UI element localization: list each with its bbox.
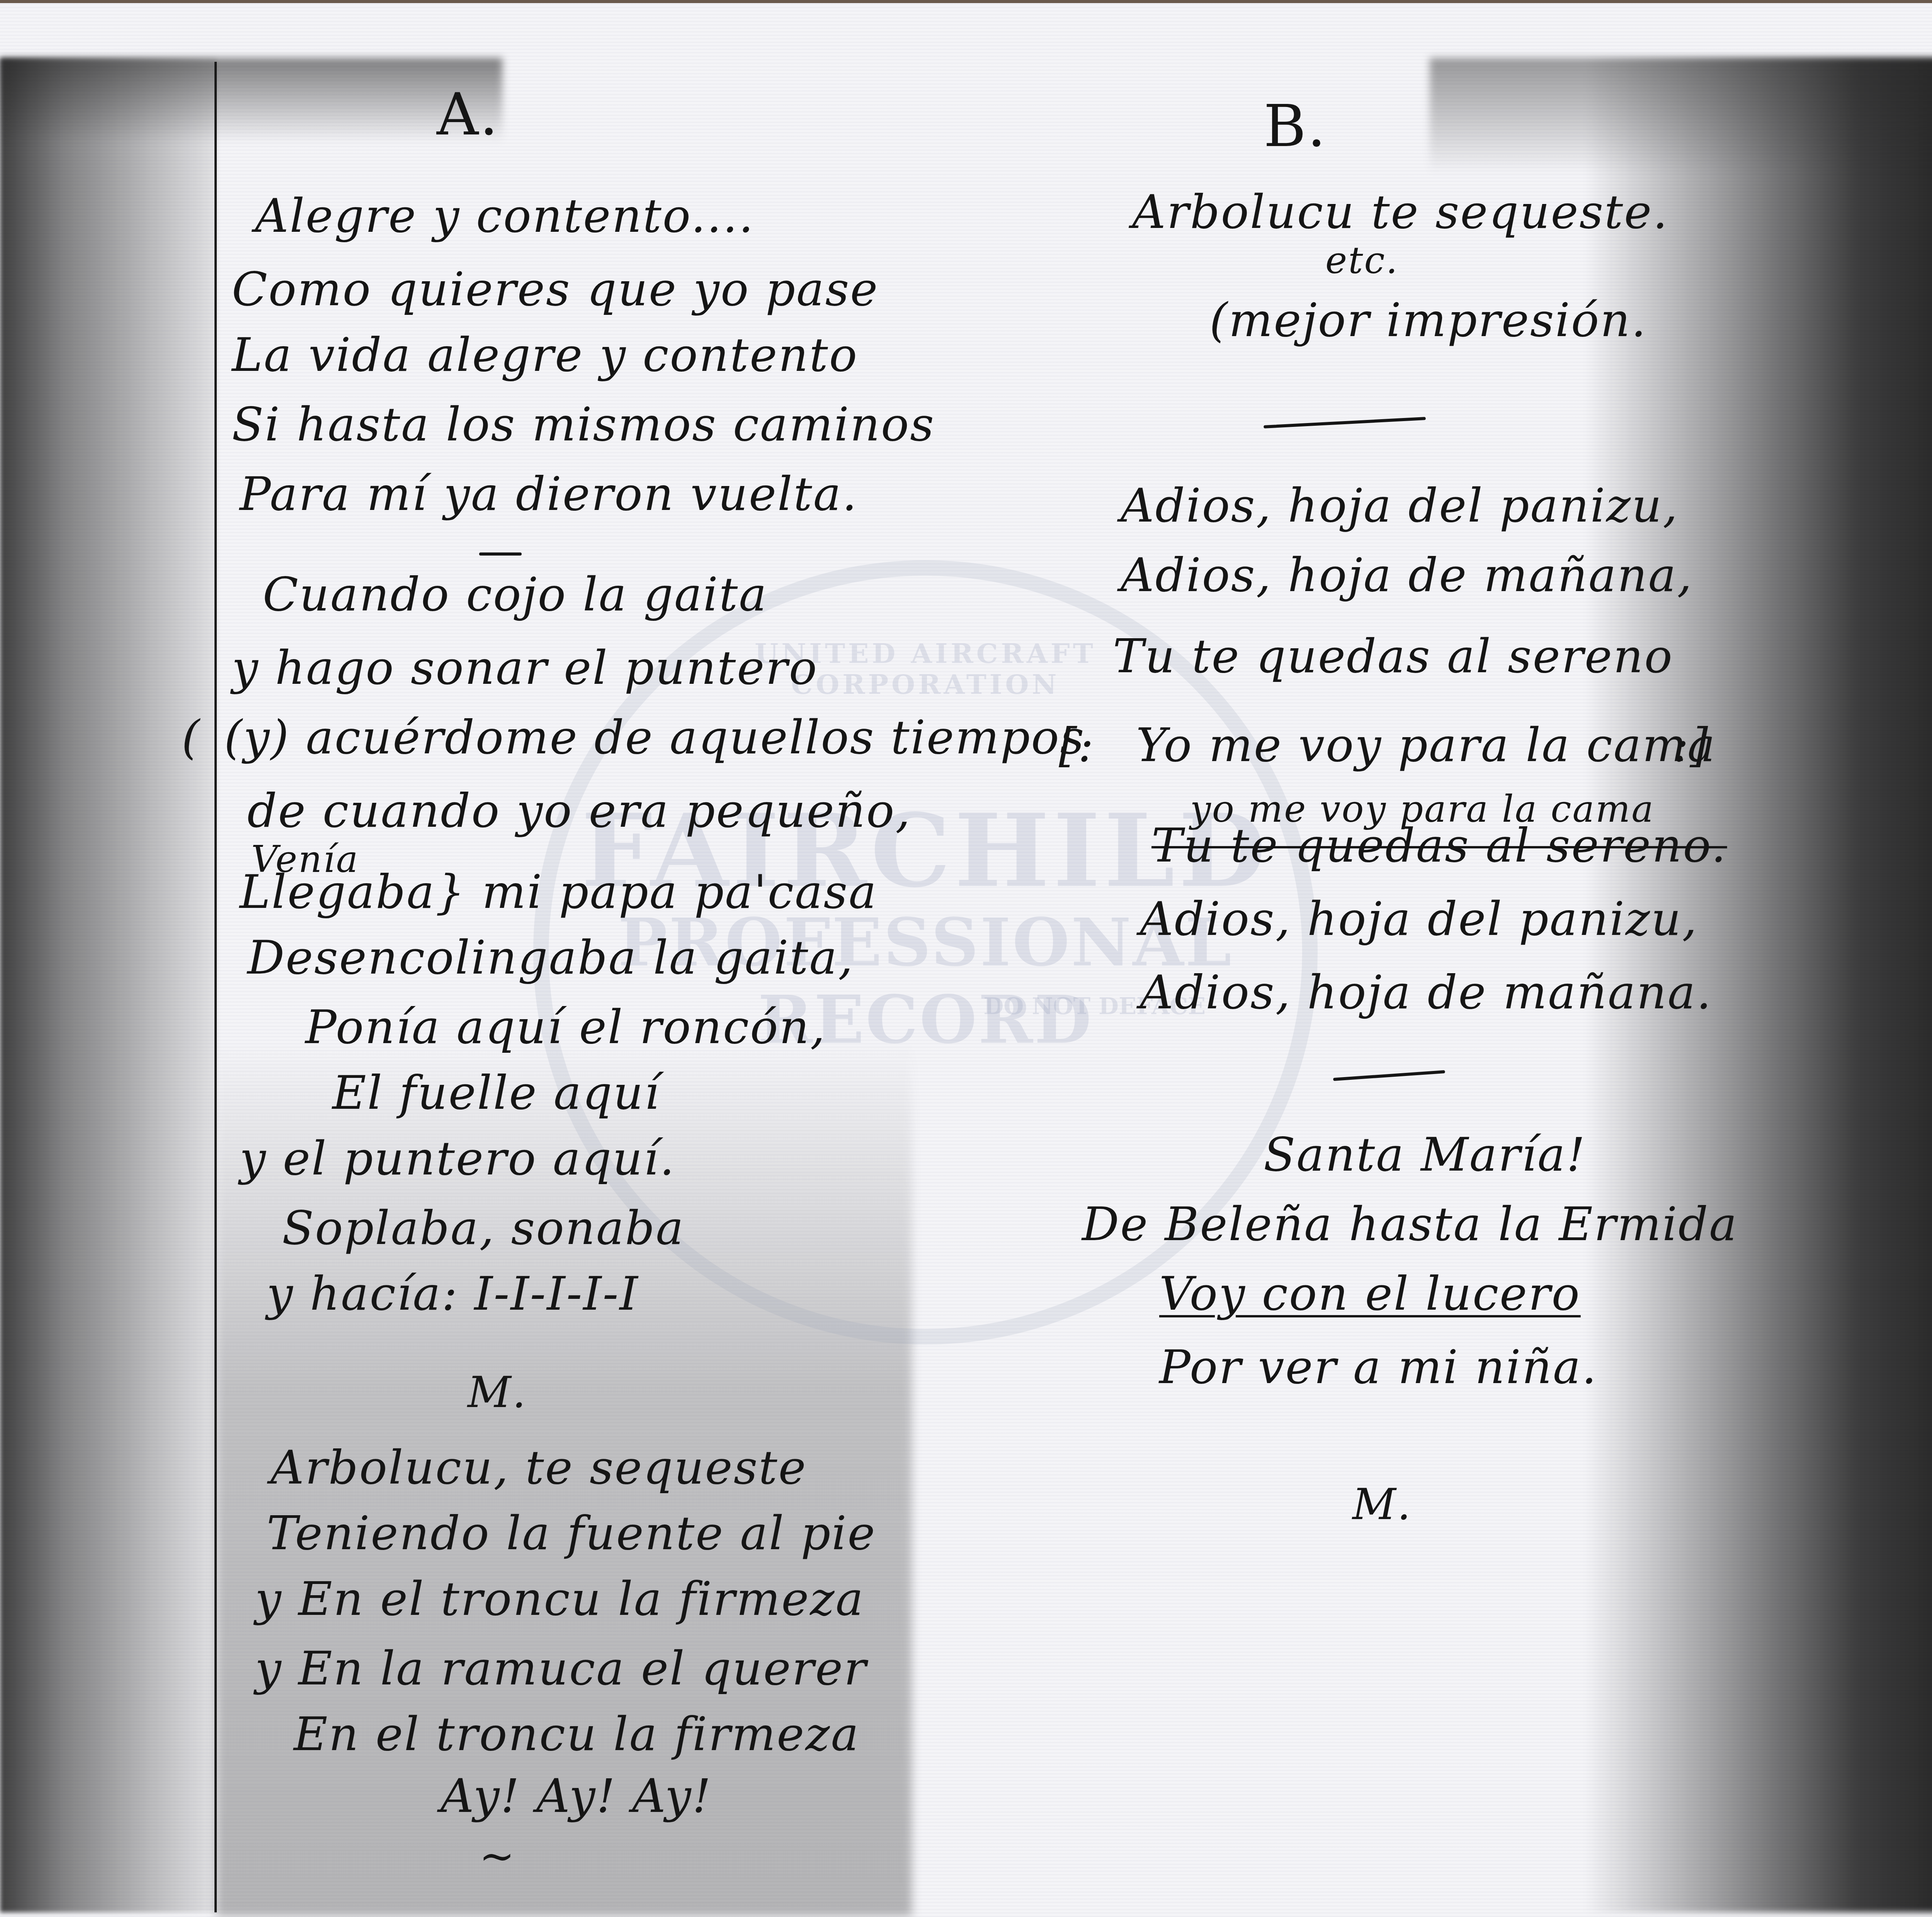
verse-line: (mejor impresión. [1209, 294, 1647, 347]
verse-line: y hacía: I-I-I-I-I [267, 1267, 639, 1321]
section-divider [1333, 1070, 1445, 1081]
verse-line: En el troncu la firmeza [294, 1708, 860, 1761]
section-mark: M. [1352, 1480, 1412, 1529]
verse-line: Como quieres que yo pase [232, 263, 879, 316]
verse-line: (y) acuérdome de aquellos tiempos [224, 711, 1085, 765]
verse-line: Adios, hoja de mañana. [1140, 966, 1713, 1020]
verse-line: Cuando cojo la gaita [263, 568, 768, 622]
manuscript-page: UNITED AIRCRAFT CORPORATION FAIRCHILD PR… [0, 0, 1932, 1917]
verse-line: Adios, hoja de mañana, [1121, 549, 1693, 602]
photocopy-shadow-left [0, 58, 216, 1912]
photocopy-shadow-right-top [1430, 58, 1932, 174]
column-b-heading: B. [1264, 93, 1327, 160]
verse-line: y el puntero aquí. [240, 1132, 675, 1186]
verse-line-struck: Tu te quedas al sereno. [1151, 819, 1727, 873]
verse-line: Alegre y contento.... [255, 189, 755, 243]
left-margin-line [214, 62, 217, 1912]
verse-line: y En el troncu la firmeza [255, 1572, 864, 1626]
section-divider [1264, 417, 1426, 428]
verse-line: Llegaba} mi papa pa'casa [240, 865, 878, 919]
scan-edge [0, 0, 1932, 3]
verse-line: Tu te quedas al sereno [1113, 630, 1673, 683]
repeat-bracket-close: :] [1673, 719, 1709, 772]
open-parenthesis: ( [182, 711, 201, 765]
verse-line: Adios, hoja del panizu, [1121, 479, 1679, 533]
verse-line: Ponía aquí el roncón, [305, 1001, 826, 1054]
verse-line: Ay! Ay! Ay! [440, 1769, 712, 1823]
verse-line: Soplaba, sonaba [282, 1202, 685, 1255]
verse-line: Yo me voy para la cama [1136, 719, 1716, 772]
verse-line: Arbolucu te sequeste. [1132, 185, 1668, 239]
section-divider [479, 552, 522, 556]
verse-line: Desencolingaba la gaita, [247, 931, 854, 985]
verse-line: El fuelle aquí [332, 1066, 660, 1120]
verse-line: Si hasta los mismos caminos [232, 398, 935, 452]
verse-line: Teniendo la fuente al pie [267, 1507, 876, 1560]
photocopy-shadow-top [0, 58, 502, 143]
end-mark: ~ [479, 1831, 516, 1881]
verse-line: Voy con el lucero [1159, 1267, 1581, 1321]
verse-line: Por ver a mi niña. [1159, 1341, 1598, 1394]
column-a-heading: A. [437, 81, 499, 148]
verse-line: Para mí ya dieron vuelta. [240, 467, 858, 521]
verse-line: Arbolucu, te sequeste [270, 1441, 807, 1495]
repeat-bracket-open: [: [1059, 719, 1095, 772]
verse-line: De Beleña hasta la Ermida [1082, 1198, 1738, 1251]
verse-line: Santa María! [1264, 1128, 1586, 1182]
section-mark: M. [468, 1368, 527, 1417]
verse-line: y hago sonar el puntero [232, 641, 818, 695]
verse-line: Adios, hoja del panizu, [1140, 892, 1698, 946]
verse-line: y En la ramuca el querer [255, 1642, 867, 1696]
verse-line: La vida alegre y contento [232, 328, 858, 382]
verse-line: etc. [1325, 240, 1399, 282]
verse-line: de cuando yo era pequeño, [247, 784, 911, 838]
